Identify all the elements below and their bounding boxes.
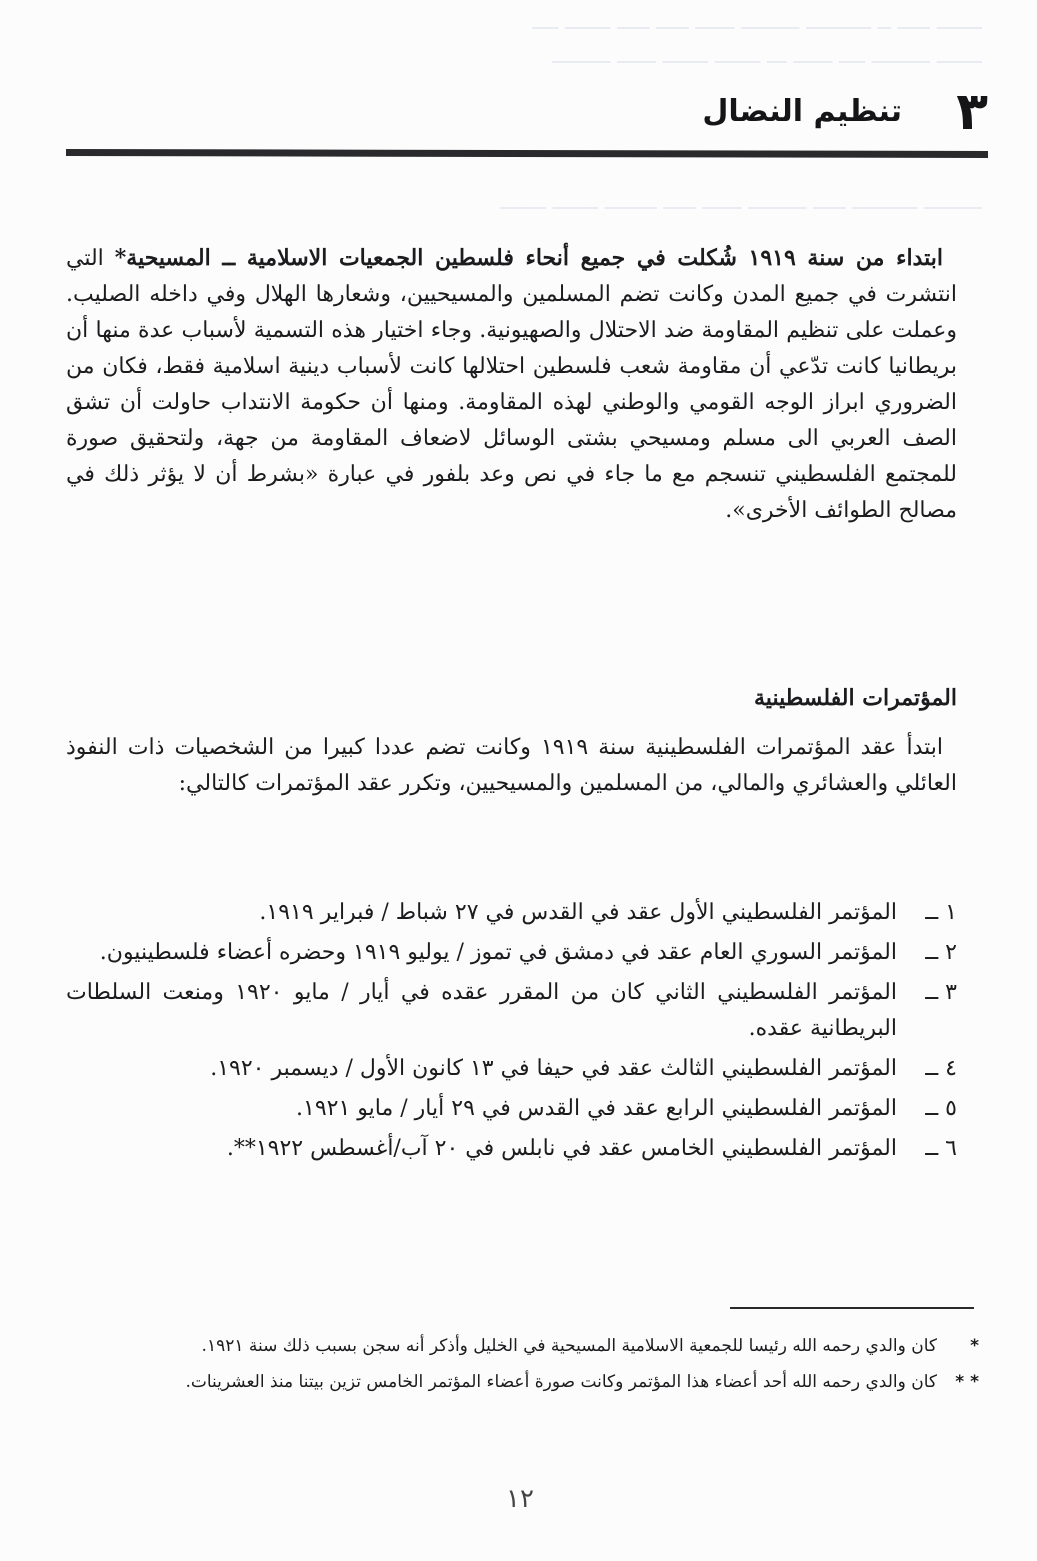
- list-item: ١ ــ المؤتمر الفلسطيني الأول عقد في القد…: [66, 895, 957, 931]
- list-item-text: المؤتمر الفلسطيني الثالث عقد في حيفا في …: [210, 1056, 897, 1081]
- bleed-through-text: ـــــــ ـــــ ــ ــــــــــ ـــــــــ ــ…: [65, 6, 982, 39]
- footnote: * كان والدي رحمه الله رئيسا للجمعية الاس…: [66, 1328, 979, 1364]
- bleed-through-text: ـــــــــ ــــــــــ ـــــ ـــــــــ ـــ…: [65, 186, 982, 219]
- page-number: ١٢: [480, 1484, 560, 1514]
- section-intro: ابتدأ عقد المؤتمرات الفلسطينية سنة ١٩١٩ …: [66, 730, 957, 802]
- list-item-text: المؤتمر الفلسطيني الخامس عقد في نابلس في…: [227, 1136, 897, 1161]
- section-intro-block: ابتدأ عقد المؤتمرات الفلسطينية سنة ١٩١٩ …: [66, 730, 957, 802]
- footnote-divider: [730, 1307, 974, 1309]
- list-item-number: ٣ ــ: [902, 975, 957, 1011]
- list-item: ٣ ــ المؤتمر الفلسطيني الثاني كان من الم…: [66, 975, 957, 1047]
- list-item-number: ٤ ــ: [902, 1051, 957, 1087]
- list-item-number: ٦ ــ: [902, 1131, 957, 1167]
- list-item-text: المؤتمر السوري العام عقد في دمشق في تموز…: [100, 940, 897, 965]
- list-item: ٦ ــ المؤتمر الفلسطيني الخامس عقد في ناب…: [66, 1131, 957, 1167]
- list-item-text: المؤتمر الفلسطيني الثاني كان من المقرر ع…: [66, 980, 897, 1041]
- bleed-through-text: ـــــــ ـــــــــ ــــ ــــــ ـــ ــــــ…: [65, 40, 982, 73]
- list-item-text: المؤتمر الفلسطيني الأول عقد في القدس في …: [259, 900, 897, 925]
- section-heading: المؤتمرات الفلسطينية: [754, 680, 957, 716]
- chapter-title: تنظيم النضال: [702, 88, 902, 136]
- chapter-header: ٣ تنظيم النضال: [66, 82, 988, 142]
- chapter-number: ٣: [956, 82, 988, 142]
- paragraph-body: التي انتشرت في جميع المدن وكانت تضم المس…: [66, 246, 957, 523]
- opening-paragraph-block: ابتداء من سنة ١٩١٩ شُكلت في جميع أنحاء ف…: [66, 240, 957, 529]
- footnote: * * كان والدي رحمه الله أحد أعضاء هذا ال…: [66, 1364, 979, 1400]
- list-item: ٥ ــ المؤتمر الفلسطيني الرابع عقد في الق…: [66, 1091, 957, 1127]
- chapter-divider: [66, 149, 988, 158]
- list-item-number: ١ ــ: [902, 895, 957, 931]
- list-item-number: ٥ ــ: [902, 1091, 957, 1127]
- list-item-text: المؤتمر الفلسطيني الرابع عقد في القدس في…: [296, 1096, 897, 1121]
- list-item: ٢ ــ المؤتمر السوري العام عقد في دمشق في…: [66, 935, 957, 971]
- footnote-asterisk-icon: *: [970, 1328, 979, 1364]
- book-page: ـــــــ ـــــ ــ ــــــــــ ـــــــــ ــ…: [0, 0, 1037, 1561]
- opening-paragraph: ابتداء من سنة ١٩١٩ شُكلت في جميع أنحاء ف…: [66, 240, 957, 529]
- paragraph-lead: ابتداء من سنة ١٩١٩ شُكلت في جميع أنحاء ف…: [115, 245, 943, 271]
- footnotes: * كان والدي رحمه الله رئيسا للجمعية الاس…: [66, 1328, 979, 1400]
- footnote-asterisk-icon: * *: [955, 1364, 979, 1400]
- list-item-number: ٢ ــ: [902, 935, 957, 971]
- list-item: ٤ ــ المؤتمر الفلسطيني الثالث عقد في حيف…: [66, 1051, 957, 1087]
- conference-list: ١ ــ المؤتمر الفلسطيني الأول عقد في القد…: [66, 895, 957, 1171]
- footnote-text: كان والدي رحمه الله رئيسا للجمعية الاسلا…: [202, 1336, 937, 1356]
- footnote-text: كان والدي رحمه الله أحد أعضاء هذا المؤتم…: [185, 1372, 937, 1392]
